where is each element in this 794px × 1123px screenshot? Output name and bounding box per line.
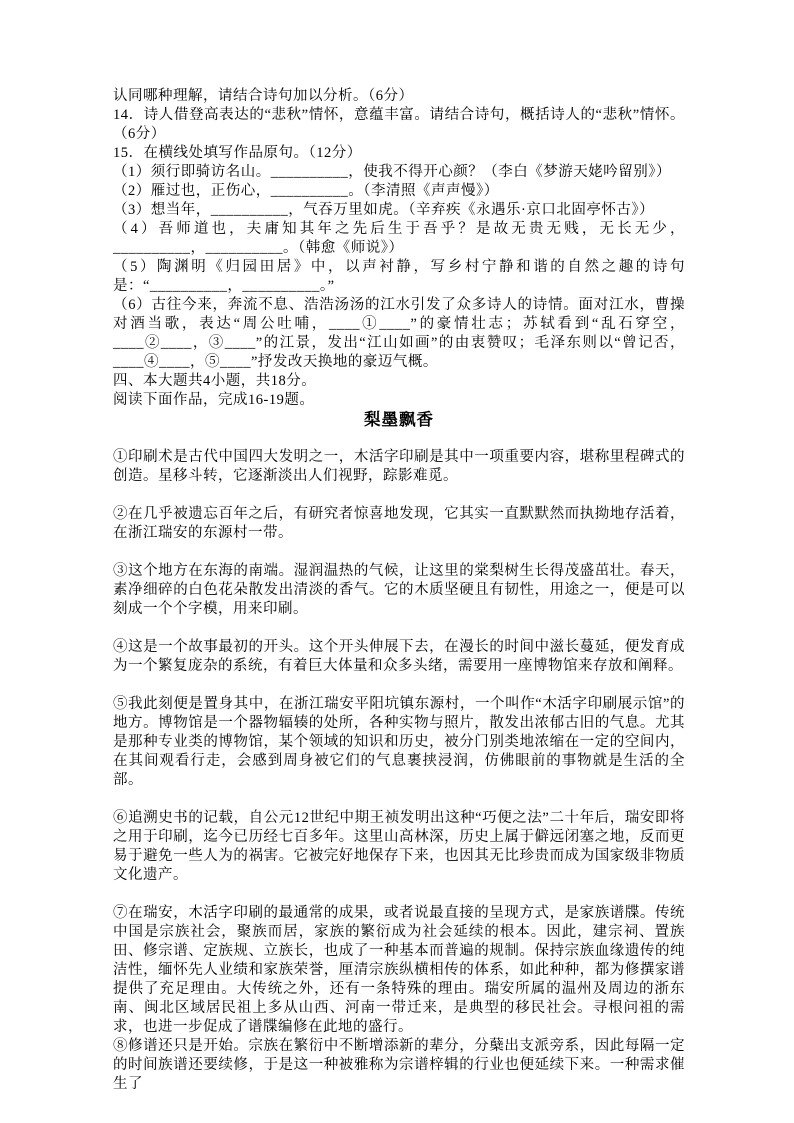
exam-paper-page: 认同哪种理解，请结合诗句加以分析。（6分） 14．诗人借登高表达的“悲秋”情怀，… [0, 0, 794, 1123]
essay-paragraph-3: ③这个地方在东海的南端。湿润温热的气候，让这里的棠梨树生长得茂盛茁壮。春天，素净… [113, 562, 685, 619]
question-15-item-5: （5）陶渊明《归园田居》中，以声衬静，写乡村宁静和谐的自然之趣的诗句是：“___… [113, 258, 685, 296]
essay-paragraph-2: ②在几乎被遗忘百年之后，有研究者惊喜地发现，它其实一直默默然而执拗地存活着，在浙… [113, 505, 685, 543]
essay-paragraph-5: ⑤我此刻便是置身其中，在浙江瑞安平阳坑镇东源村，一个叫作“木活字印刷展示馆”的地… [113, 695, 685, 790]
essay-paragraph-6: ⑥追溯史书的记载，自公元12世纪中期王祯发明出这种“巧便之法”二十年后，瑞安即将… [113, 809, 685, 885]
question-15-item-3: （3）想当年，__________，气吞万里如虎。（辛弃疾《永遇乐·京口北固亭怀… [113, 201, 685, 220]
question-15-item-2: （2）雁过也，正伤心，__________。（李清照《声声慢》） [113, 182, 685, 201]
page-content: 认同哪种理解，请结合诗句加以分析。（6分） 14．诗人借登高表达的“悲秋”情怀，… [113, 87, 685, 1094]
section-4-header: 四、本大题共4小题，共18分。 [113, 372, 685, 391]
essay-block: 梨墨飘香 ①印刷术是古代中国四大发明之一，木活字印刷是其中一项重要内容，堪称里程… [113, 410, 685, 1094]
essay-paragraph-1: ①印刷术是古代中国四大发明之一，木活字印刷是其中一项重要内容，堪称里程碑式的创造… [113, 448, 685, 486]
question-14: 14．诗人借登高表达的“悲秋”情怀，意蕴丰富。请结合诗句，概括诗人的“悲秋”情怀… [113, 106, 685, 144]
reading-instruction: 阅读下面作品，完成16-19题。 [113, 391, 685, 410]
question-15-item-6: （6）古往今来，奔流不息、浩浩汤汤的江水引发了众多诗人的诗情。面对江水，曹操对酒… [113, 296, 685, 372]
essay-paragraph-7: ⑦在瑞安，木活字印刷的最通常的成果，或者说最直接的呈现方式，是家族谱牒。传统中国… [113, 904, 685, 1037]
question-15-item-4: （4）吾师道也，夫庸知其年之先后生于吾乎？是故无贵无贱，无长无少，_______… [113, 220, 685, 258]
question-15-item-1: （1）须行即骑访名山。__________，使我不得开心颜？（李白《梦游天姥吟留… [113, 163, 685, 182]
question-13-tail: 认同哪种理解，请结合诗句加以分析。（6分） [113, 87, 685, 106]
essay-title: 梨墨飘香 [113, 410, 685, 429]
essay-paragraph-4: ④这是一个故事最初的开头。这个开头伸展下去，在漫长的时间中滋长蔓延，便发育成为一… [113, 638, 685, 676]
question-15-header: 15．在横线处填写作品原句。（12分） [113, 144, 685, 163]
essay-paragraph-8: ⑧修谱还只是开始。宗族在繁衍中不断增添新的辈分，分蘖出支派旁系，因此每隔一定的时… [113, 1037, 685, 1094]
questions-block: 认同哪种理解，请结合诗句加以分析。（6分） 14．诗人借登高表达的“悲秋”情怀，… [113, 87, 685, 372]
